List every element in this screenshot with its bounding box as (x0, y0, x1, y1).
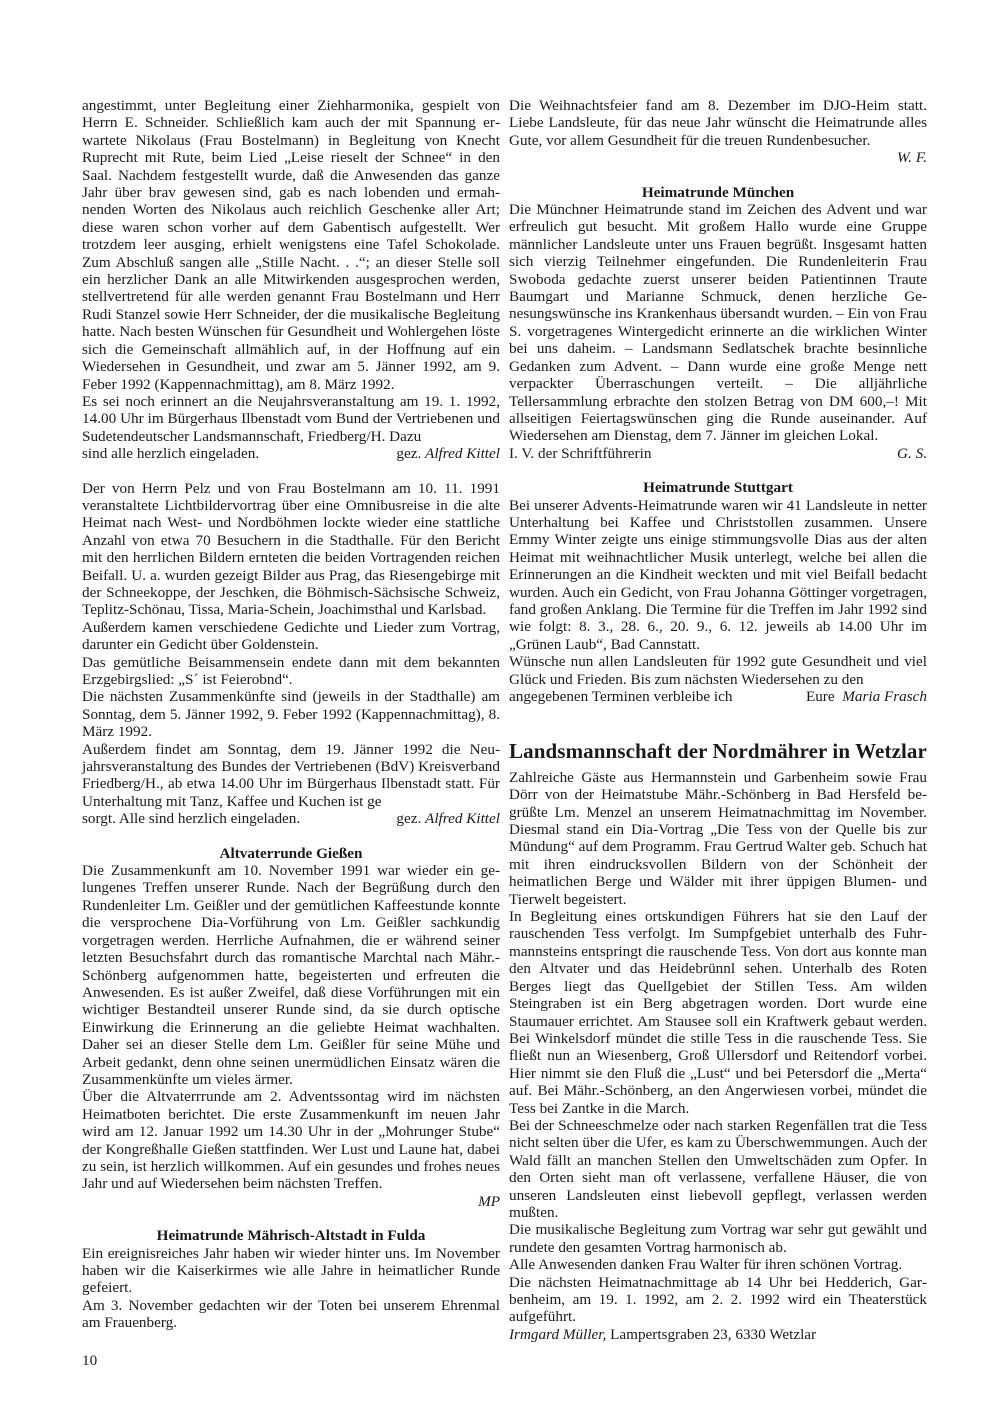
paragraph: Das gemütliche Beisammensein endete dann… (82, 654, 500, 689)
closing-text: I. V. der Schriftführerin (509, 445, 651, 462)
signature-line: I. V. der Schriftführerin G. S. (509, 445, 927, 462)
spacer (509, 705, 927, 743)
paragraph: Wünsche nun allen Landsleuten für 1992 g… (509, 653, 927, 688)
article-heimatrunde-stuttgart: Heimatrunde Stuttgart Bei unserer Advent… (509, 479, 927, 705)
paragraph: Alle Anwesenden danken Frau Walter für i… (509, 1256, 927, 1273)
signature-line: sorgt. Alle sind herzlich eingeladen. ge… (82, 810, 500, 827)
paragraph: Die musikalische Begleitung zum Vortrag … (509, 1221, 927, 1256)
article-heading: Landsmannschaft der Nordmährer in Wetzla… (509, 743, 927, 760)
closing-text: angegebenen Terminen verbleibe ich (509, 688, 732, 705)
spacer (509, 167, 927, 184)
signature-line: angegebenen Terminen verbleibe ich Eure … (509, 688, 927, 705)
article-weihnachtsfeier: Die Weihnachtsfeier fand am 8. Dezember … (509, 97, 927, 167)
article-heimatrunde-muenchen: Heimatrunde München Die Münchner Heimatr… (509, 184, 927, 463)
paragraph: Bei unserer Advents-Heimatrunde waren wi… (509, 497, 927, 654)
signature: G. S. (897, 445, 927, 462)
paragraph: In Begleitung eines ortskundigen Führers… (509, 908, 927, 1117)
paragraph: Die Weihnachtsfeier fand am 8. Dezember … (509, 97, 927, 149)
spacer (82, 828, 500, 845)
section-heading: Heimatrunde Stuttgart (509, 479, 927, 496)
signature: gez. Alfred Kittel (396, 810, 500, 827)
article-lichtbildervortrag: Der von Herrn Pelz und von Frau Bostelma… (82, 480, 500, 828)
paragraph: Die Münchner Heimatrunde stand im Zeiche… (509, 201, 927, 445)
spacer (82, 1210, 500, 1227)
author-line: Irmgard Müller, Lampertsgraben 23, 6330 … (509, 1326, 927, 1343)
signature-line: sind alle herzlich eingeladen. gez. Alfr… (82, 445, 500, 462)
article-nikolaus-continuation: angestimmt, unter Begleitung einer Ziehh… (82, 97, 500, 463)
paragraph: Außerdem findet am Sonntag, dem 19. Jänn… (82, 741, 500, 811)
signature: Eure Maria Frasch (806, 688, 927, 705)
spacer (82, 463, 500, 480)
article-heimatrunde-fulda: Heimatrunde Mährisch-Altstadt in Fulda E… (82, 1227, 500, 1331)
section-heading: Altvaterrunde Gießen (82, 845, 500, 862)
article-altvaterrunde-giessen: Altvaterrunde Gießen Die Zusammenkunft a… (82, 845, 500, 1211)
paragraph: Außerdem kamen verschiedene Gedichte und… (82, 619, 500, 654)
paragraph: Es sei noch erinnert an die Neujahrsvera… (82, 393, 500, 445)
signature: gez. Alfred Kittel (396, 445, 500, 462)
paragraph: Die nächsten Heimatnachmittage ab 14 Uhr… (509, 1274, 927, 1326)
spacer (509, 462, 927, 479)
closing-text: sorgt. Alle sind herzlich eingeladen. (82, 810, 300, 827)
paragraph: Über die Altvaterrrunde am 2. Adventsson… (82, 1088, 500, 1192)
author-name: Alfred Kittel (425, 445, 500, 462)
author-name: Alfred Kittel (425, 810, 500, 827)
paragraph: Am 3. November gedachten wir der Toten b… (82, 1297, 500, 1332)
author-name: Irmgard Müller, (509, 1326, 606, 1343)
closing-text: sind alle herzlich eingeladen. (82, 445, 259, 462)
left-column: angestimmt, unter Begleitung einer Ziehh… (82, 97, 500, 1332)
article-nordmaehrer-wetzlar: Landsmannschaft der Nordmährer in Wetzla… (509, 743, 927, 1343)
section-heading: Heimatrunde München (509, 184, 927, 201)
paragraph: Ein ereignisreiches Jahr haben wir wiede… (82, 1245, 500, 1297)
paragraph: Die Zusammenkunft am 10. November 1991 w… (82, 862, 500, 1088)
signature: W. F. (509, 149, 927, 166)
paragraph: Zahlreiche Gäste aus Hermannstein und Ga… (509, 769, 927, 908)
right-column: Die Weihnachtsfeier fand am 8. Dezember … (509, 97, 927, 1343)
paragraph: Die nächsten Zusammenkünfte sind (jeweil… (82, 688, 500, 740)
author-name: Maria Frasch (842, 688, 927, 705)
signature: MP (82, 1193, 500, 1210)
page-number: 10 (82, 1352, 97, 1370)
paragraph: Der von Herrn Pelz und von Frau Bostelma… (82, 480, 500, 619)
section-heading: Heimatrunde Mährisch-Altstadt in Fulda (82, 1227, 500, 1244)
author-address: Lampertsgraben 23, 6330 Wetzlar (606, 1326, 816, 1343)
paragraph: angestimmt, unter Begleitung einer Ziehh… (82, 97, 500, 393)
paragraph: Bei der Schneeschmelze oder nach starken… (509, 1117, 927, 1221)
